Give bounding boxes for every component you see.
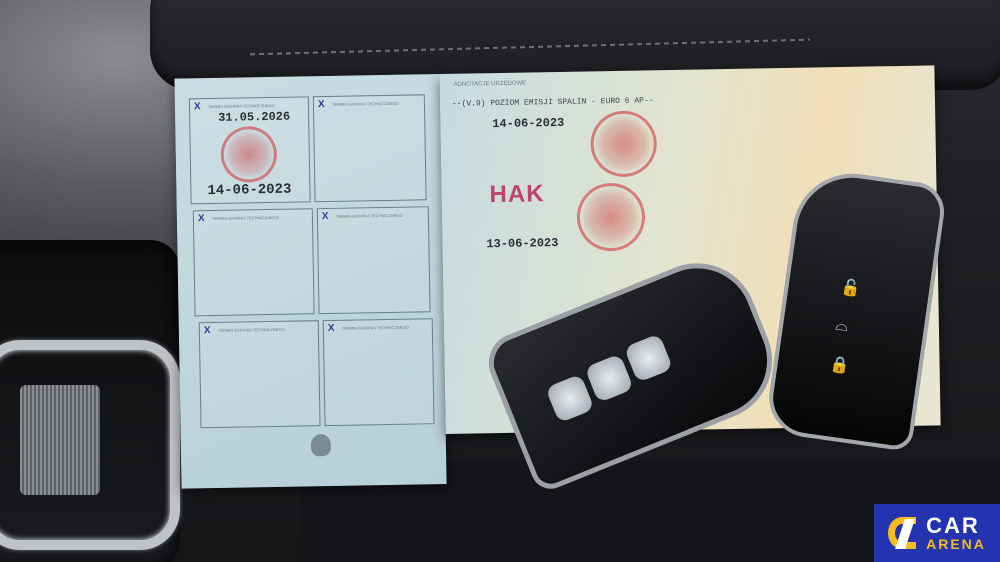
cell-mark: X	[194, 101, 201, 112]
tow-hitch-annotation: HAK	[489, 180, 544, 209]
inspection-cell: X TERMIN BADANIA TECHNICZNEGO	[199, 320, 321, 428]
official-stamp	[590, 110, 657, 177]
annotations-header: ADNOTACJE URZĘDOWE	[454, 81, 527, 88]
cell-title: TERMIN BADANIA TECHNICZNEGO	[212, 215, 279, 221]
console-grille	[20, 385, 100, 495]
cell-title: TERMIN BADANIA TECHNICZNEGO	[332, 101, 399, 107]
official-stamp	[220, 126, 277, 183]
inspection-cell: X TERMIN BADANIA TECHNICZNEGO 31.05.2026…	[189, 96, 311, 204]
cell-mark: X	[204, 325, 211, 336]
emission-date: 14-06-2023	[492, 116, 564, 131]
photo-scene: X TERMIN BADANIA TECHNICZNEGO 31.05.2026…	[0, 0, 1000, 562]
inspection-cell: X TERMIN BADANIA TECHNICZNEGO	[323, 318, 435, 426]
trunk-icon: ⌓	[834, 316, 849, 336]
fob-button	[624, 333, 673, 382]
fob-button	[584, 354, 633, 403]
car-arena-logo-icon	[888, 517, 918, 549]
lock-icon: 🔒	[829, 354, 852, 377]
cell-title: TERMIN BADANIA TECHNICZNEGO	[208, 103, 275, 109]
cell-title: TERMIN BADANIA TECHNICZNEGO	[218, 327, 285, 333]
fob-button	[545, 374, 594, 423]
cell-mark: X	[198, 213, 205, 224]
inspection-cell: X TERMIN BADANIA TECHNICZNEGO	[193, 208, 315, 316]
cell-mark: X	[328, 323, 335, 334]
cell-title: TERMIN BADANIA TECHNICZNEGO	[342, 325, 409, 331]
polish-eagle-emblem	[311, 434, 331, 456]
official-stamp	[576, 182, 645, 251]
cell-mark: X	[322, 211, 329, 222]
inspection-cell: X TERMIN BADANIA TECHNICZNEGO	[313, 94, 427, 202]
inspection-cell: X TERMIN BADANIA TECHNICZNEGO	[317, 206, 431, 314]
document-left-page: X TERMIN BADANIA TECHNICZNEGO 31.05.2026…	[174, 74, 446, 489]
emission-standard: --(V.9) POZIOM EMISJI SPALIN - EURO 6 AP…	[452, 96, 654, 109]
stamp-date: 14-06-2023	[207, 182, 291, 199]
logo-text-car: CAR	[926, 515, 986, 537]
logo-text-arena: ARENA	[926, 537, 986, 551]
cell-mark: X	[318, 99, 325, 110]
car-arena-watermark: CAR ARENA	[874, 504, 1000, 562]
next-inspection-date: 31.05.2026	[218, 110, 290, 125]
annotation-date: 13-06-2023	[486, 236, 558, 251]
unlock-icon: 🔓	[840, 277, 863, 300]
cell-title: TERMIN BADANIA TECHNICZNEGO	[336, 213, 403, 219]
